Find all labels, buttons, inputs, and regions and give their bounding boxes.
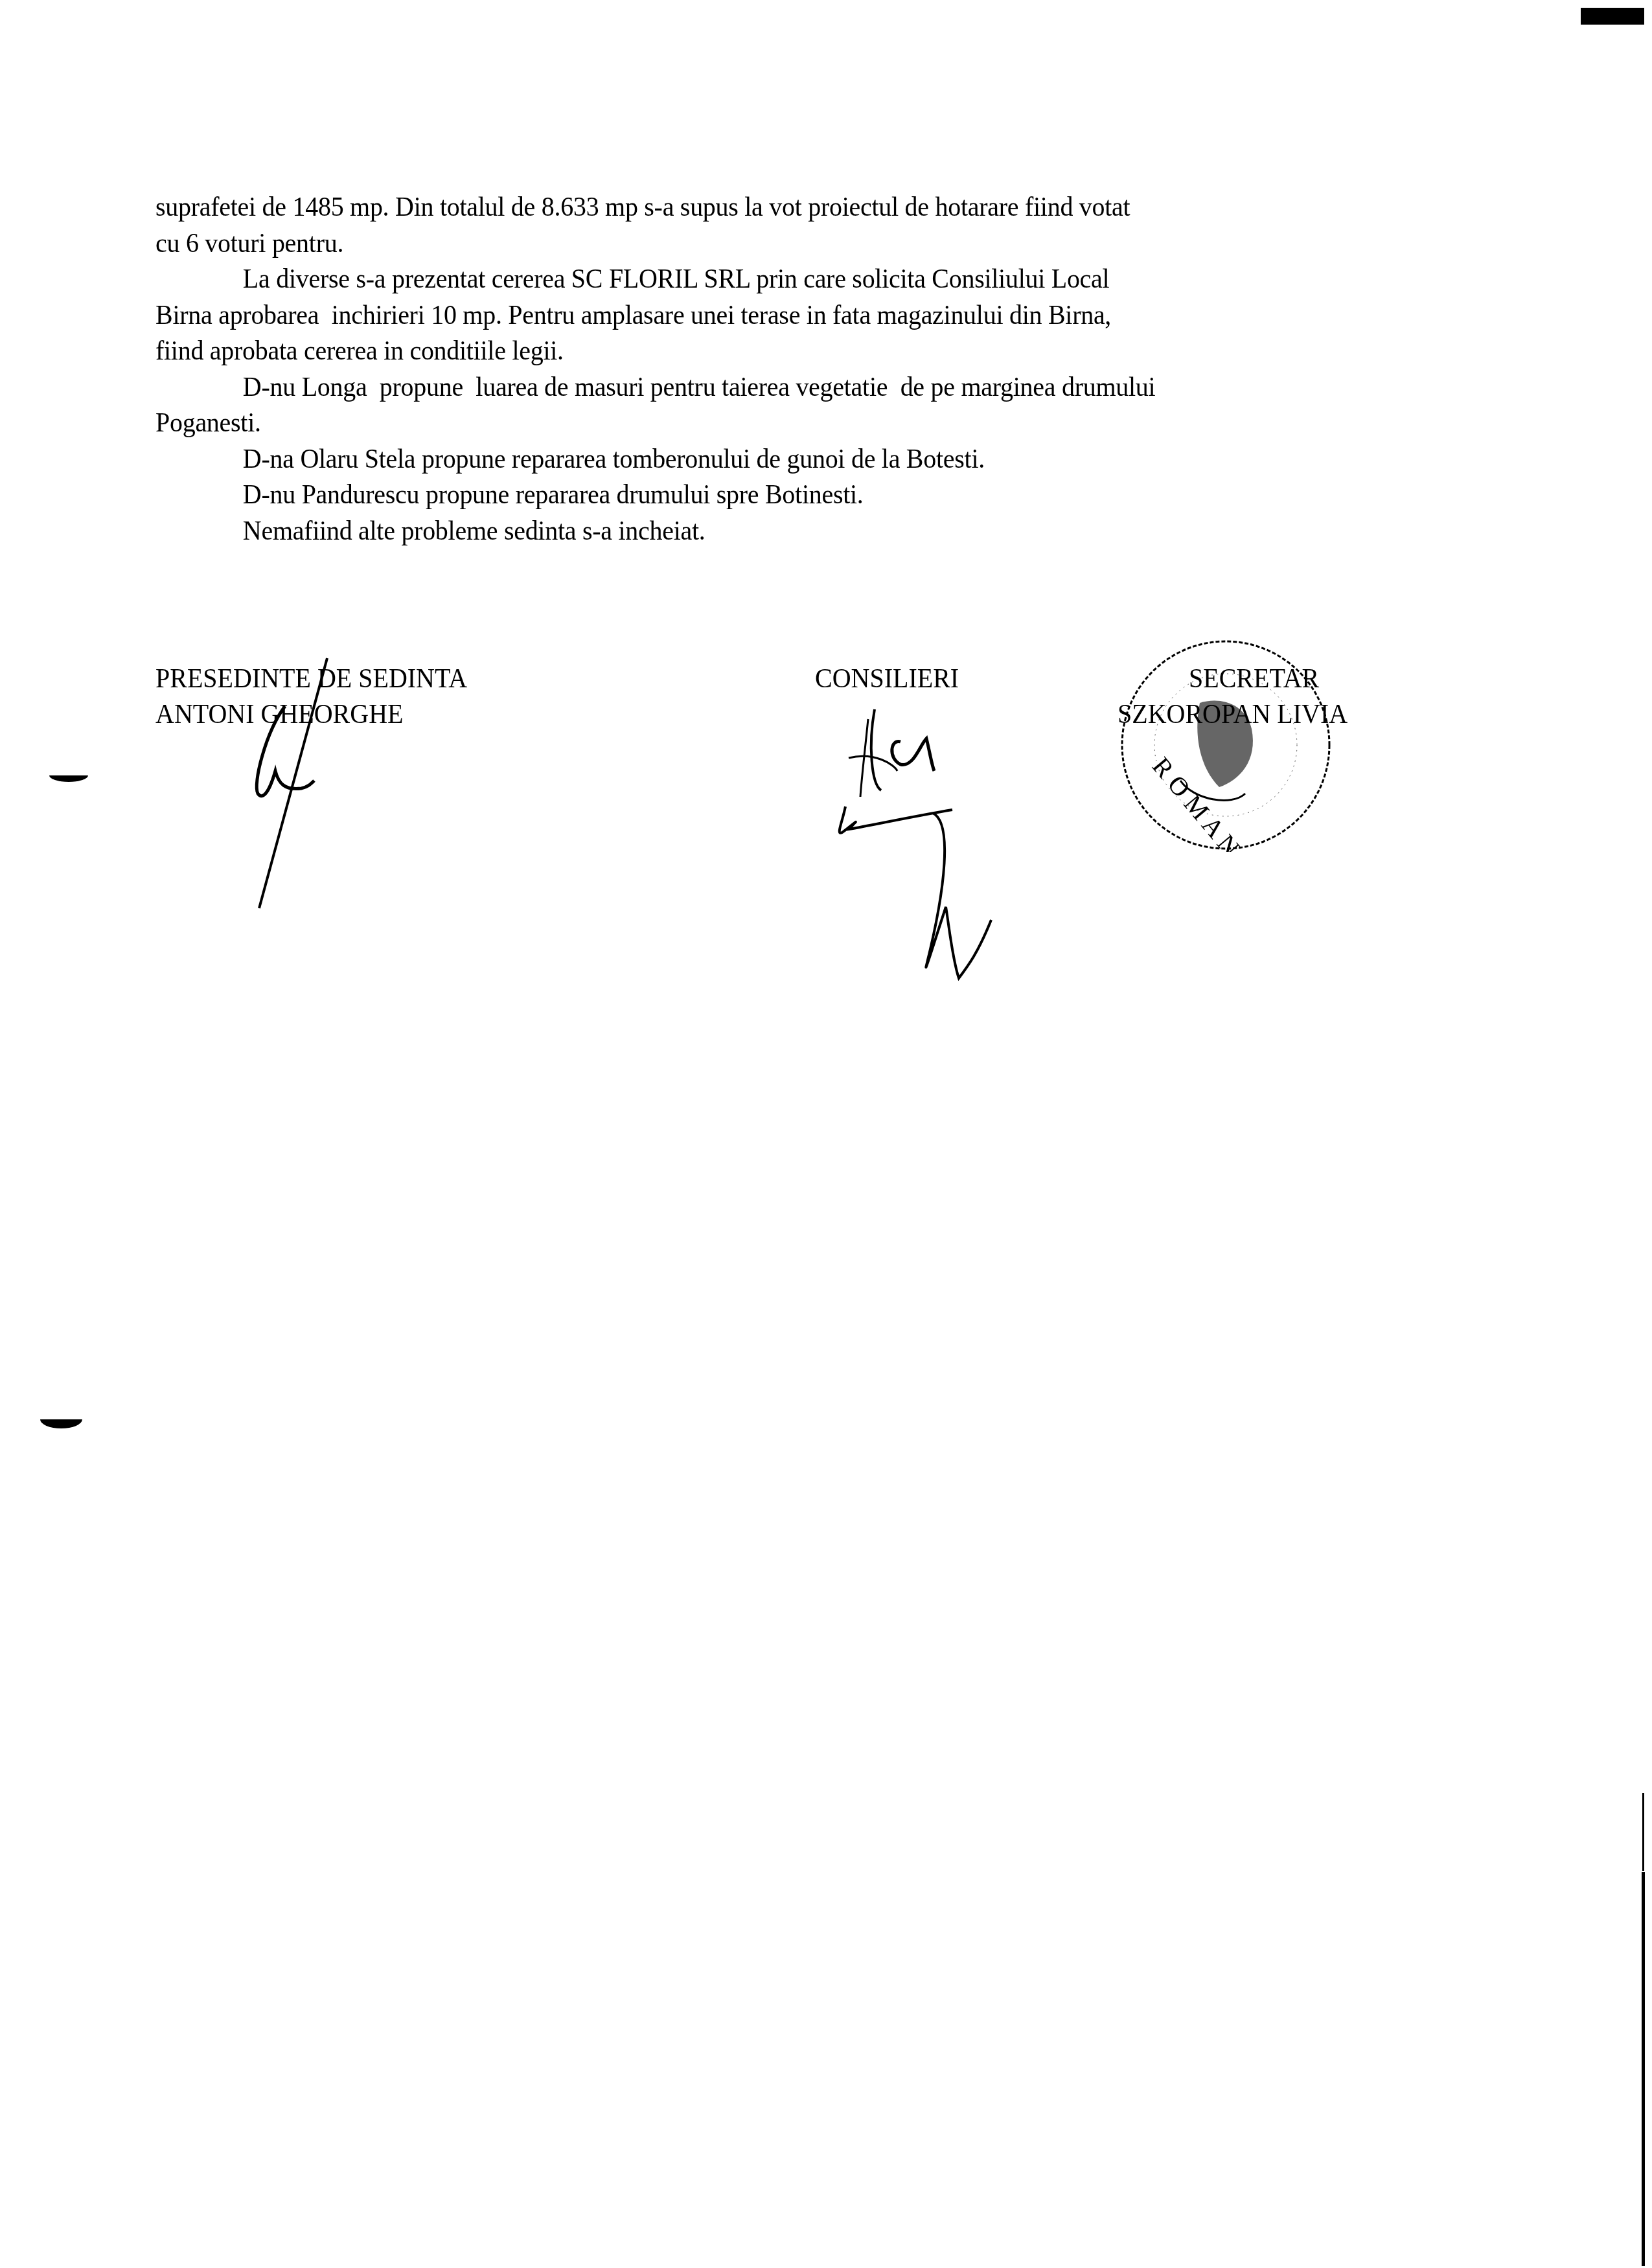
text-line: La diverse s-a prezentat cererea SC FLOR… [155,261,1288,297]
text-line: Birna aprobarea inchirieri 10 mp. Pentru… [155,297,1288,334]
margin-mark [49,775,88,782]
text-line: D-na Olaru Stela propune repararea tombe… [155,441,1288,477]
scan-edge-line [1642,1872,1645,2266]
president-signature [214,654,343,913]
scan-mark-bar [1581,8,1644,25]
margin-mark [40,1419,82,1428]
text-line: cu 6 voturi pentru. [155,225,1288,262]
minutes-body: suprafetei de 1485 mp. Din totalul de 8.… [155,189,1288,549]
text-line: D-nu Longa propune luarea de masuri pent… [155,369,1288,406]
text-line: suprafetei de 1485 mp. Din totalul de 8.… [155,189,1288,225]
text-line: Nemafiind alte probleme sedinta s-a inch… [155,513,1288,549]
document-page: suprafetei de 1485 mp. Din totalul de 8.… [0,0,1652,2268]
text-line: D-nu Pandurescu propune repararea drumul… [155,477,1288,513]
councillor-signatures [784,693,1043,1030]
secretary-title: SECRETAR [1189,661,1319,696]
scan-edge-line [1642,1793,1644,1871]
councillors-title: CONSILIERI [815,661,959,696]
text-line: Poganesti. [155,405,1288,441]
text-line: fiind aprobata cererea in conditiile leg… [155,333,1288,369]
secretary-name: SZKOROPAN LIVIA [1118,696,1348,732]
